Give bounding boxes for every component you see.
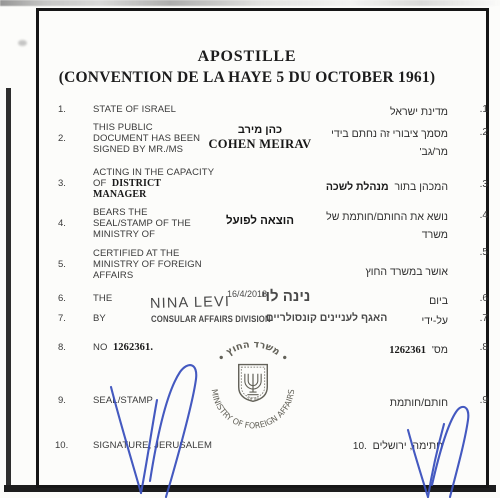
item-7-label-en: BY — [93, 313, 106, 324]
item-10-label-he: 10. חתימה, ירושלים — [353, 440, 443, 452]
division-stamp-he: האגף לעניינים קונסולריים — [266, 312, 387, 324]
item-3-of: OF — [93, 178, 106, 189]
item-6-number-he: .6 — [462, 293, 488, 304]
item-5-number-en: 5. — [58, 259, 66, 270]
official-name-stamp-hebrew: נינה לוי — [261, 288, 310, 305]
item-5-label-he: אושר במשרד החוץ — [268, 263, 448, 281]
item-1-label-he: מדינת ישראל — [268, 103, 448, 121]
division-stamp-en: CONSULAR AFFAIRS DIVISION — [151, 314, 271, 325]
item-7-number-he: .7 — [462, 313, 488, 324]
item-4-label-en: BEARS THE SEAL/STAMP OF THE MINISTRY OF — [93, 207, 191, 240]
scan-smudge-top — [0, 0, 500, 6]
scan-speck — [18, 40, 27, 46]
item-3-label-en-line1: ACTING IN THE CAPACITY — [93, 167, 214, 178]
seal-text-hebrew: • משרד החוץ • — [216, 339, 290, 364]
item-6-label-en: THE — [93, 293, 112, 304]
item-5-label-en-line2: MINISTRY OF FOREIGN — [93, 259, 202, 270]
item-4-number-he: .4 — [462, 210, 488, 221]
item-2-label-en-line3: SIGNED BY MR./MS — [93, 144, 200, 155]
item-1-label-en: STATE OF ISRAEL — [93, 104, 176, 115]
item-9-number-he: .9 — [462, 395, 488, 406]
item-10-label-en: SIGNATURE, JERUSALEM — [93, 440, 212, 451]
item-1-number-he: .1 — [462, 104, 488, 115]
item-8-number-en: 8. — [58, 342, 66, 353]
item-9-number-en: 9. — [58, 395, 66, 406]
capacity-value-hebrew: מנהלת לשכה — [326, 181, 389, 193]
item-3-label-he: המכהן בתור מנהלת לשכה — [268, 178, 448, 196]
item-2-label-en-line2: DOCUMENT HAS BEEN — [93, 133, 200, 144]
item-2-number-he: .2 — [462, 127, 488, 138]
item-2-label-he: מסמך ציבורי זה נחתם בידי מר/גב' — [268, 125, 448, 161]
seal-banner-text: ישראל — [247, 397, 259, 402]
capacity-value-line2: MANAGER — [93, 189, 214, 200]
apostille-number-value: 1262361. — [113, 342, 153, 353]
item-4-label-he-line1: נושא את החותם/חותמת של — [268, 208, 448, 226]
item-3-he-prefix: המכהן בתור — [394, 181, 448, 193]
item-4-label-en-line2: SEAL/STAMP OF THE — [93, 218, 191, 229]
item-10-number-he: 10. — [353, 441, 367, 452]
item-2-number-en: 2. — [58, 133, 66, 144]
item-4-label-en-line3: MINISTRY OF — [93, 229, 191, 240]
item-8-label-en: NO 1262361. — [93, 342, 153, 353]
item-7-number-en: 7. — [58, 313, 66, 324]
item-8-he-prefix: מס' — [432, 344, 448, 356]
document-title: APOSTILLE (CONVENTION DE LA HAYE 5 DU OC… — [12, 48, 482, 87]
capacity-value-line1: DISTRICT — [112, 178, 161, 189]
item-2-label-he-line1: מסמך ציבורי זה נחתם בידי — [268, 125, 448, 143]
item-8-number-he: .8 — [462, 342, 488, 353]
item-10-number-en: 10. — [55, 440, 68, 451]
item-2-label-he-line2: מר/גב' — [268, 143, 448, 161]
item-4-number-en: 4. — [58, 218, 66, 229]
item-3-number-he: .3 — [462, 179, 488, 190]
item-9-label-en: SEAL/STAMP — [93, 395, 153, 406]
item-3-number-en: 3. — [58, 178, 66, 189]
official-name-stamp: NINA LEVI — [150, 294, 231, 312]
item-4-label-he-line2: משרד — [268, 226, 448, 244]
item-2-label-en-line1: THIS PUBLIC — [93, 122, 200, 133]
scan-edge-left — [6, 88, 11, 490]
item-4-label-en-line1: BEARS THE — [93, 207, 191, 218]
item-8-no-label: NO — [93, 342, 107, 353]
item-3-label-en: ACTING IN THE CAPACITY OF DISTRICT MANAG… — [93, 167, 214, 200]
item-5-label-en: CERTIFIED AT THE MINISTRY OF FOREIGN AFF… — [93, 248, 202, 281]
title-line-1: APOSTILLE — [12, 48, 482, 66]
seal-text-hebrew-path: • משרד החוץ • — [216, 339, 290, 364]
item-10-he-text: חתימה, ירושלים — [373, 440, 443, 452]
item-1-number-en: 1. — [58, 104, 66, 115]
item-5-number-he: .5 — [462, 247, 488, 258]
apostille-number-value-he: 1262361 — [389, 345, 426, 356]
apostille-document: APOSTILLE (CONVENTION DE LA HAYE 5 DU OC… — [0, 0, 500, 498]
item-5-label-en-line1: CERTIFIED AT THE — [93, 248, 202, 259]
item-6-number-en: 6. — [58, 293, 66, 304]
title-line-2: (CONVENTION DE LA HAYE 5 DU OCTOBER 1961… — [12, 69, 482, 87]
ministry-round-seal: • משרד החוץ • MINISTRY OF FOREIGN AFFAIR… — [202, 336, 304, 438]
item-3-label-en-line2: OF DISTRICT — [93, 178, 214, 189]
item-5-label-en-line3: AFFAIRS — [93, 270, 202, 281]
item-2-label-en: THIS PUBLIC DOCUMENT HAS BEEN SIGNED BY … — [93, 122, 200, 155]
item-4-label-he: נושא את החותם/חותמת של משרד — [268, 208, 448, 244]
